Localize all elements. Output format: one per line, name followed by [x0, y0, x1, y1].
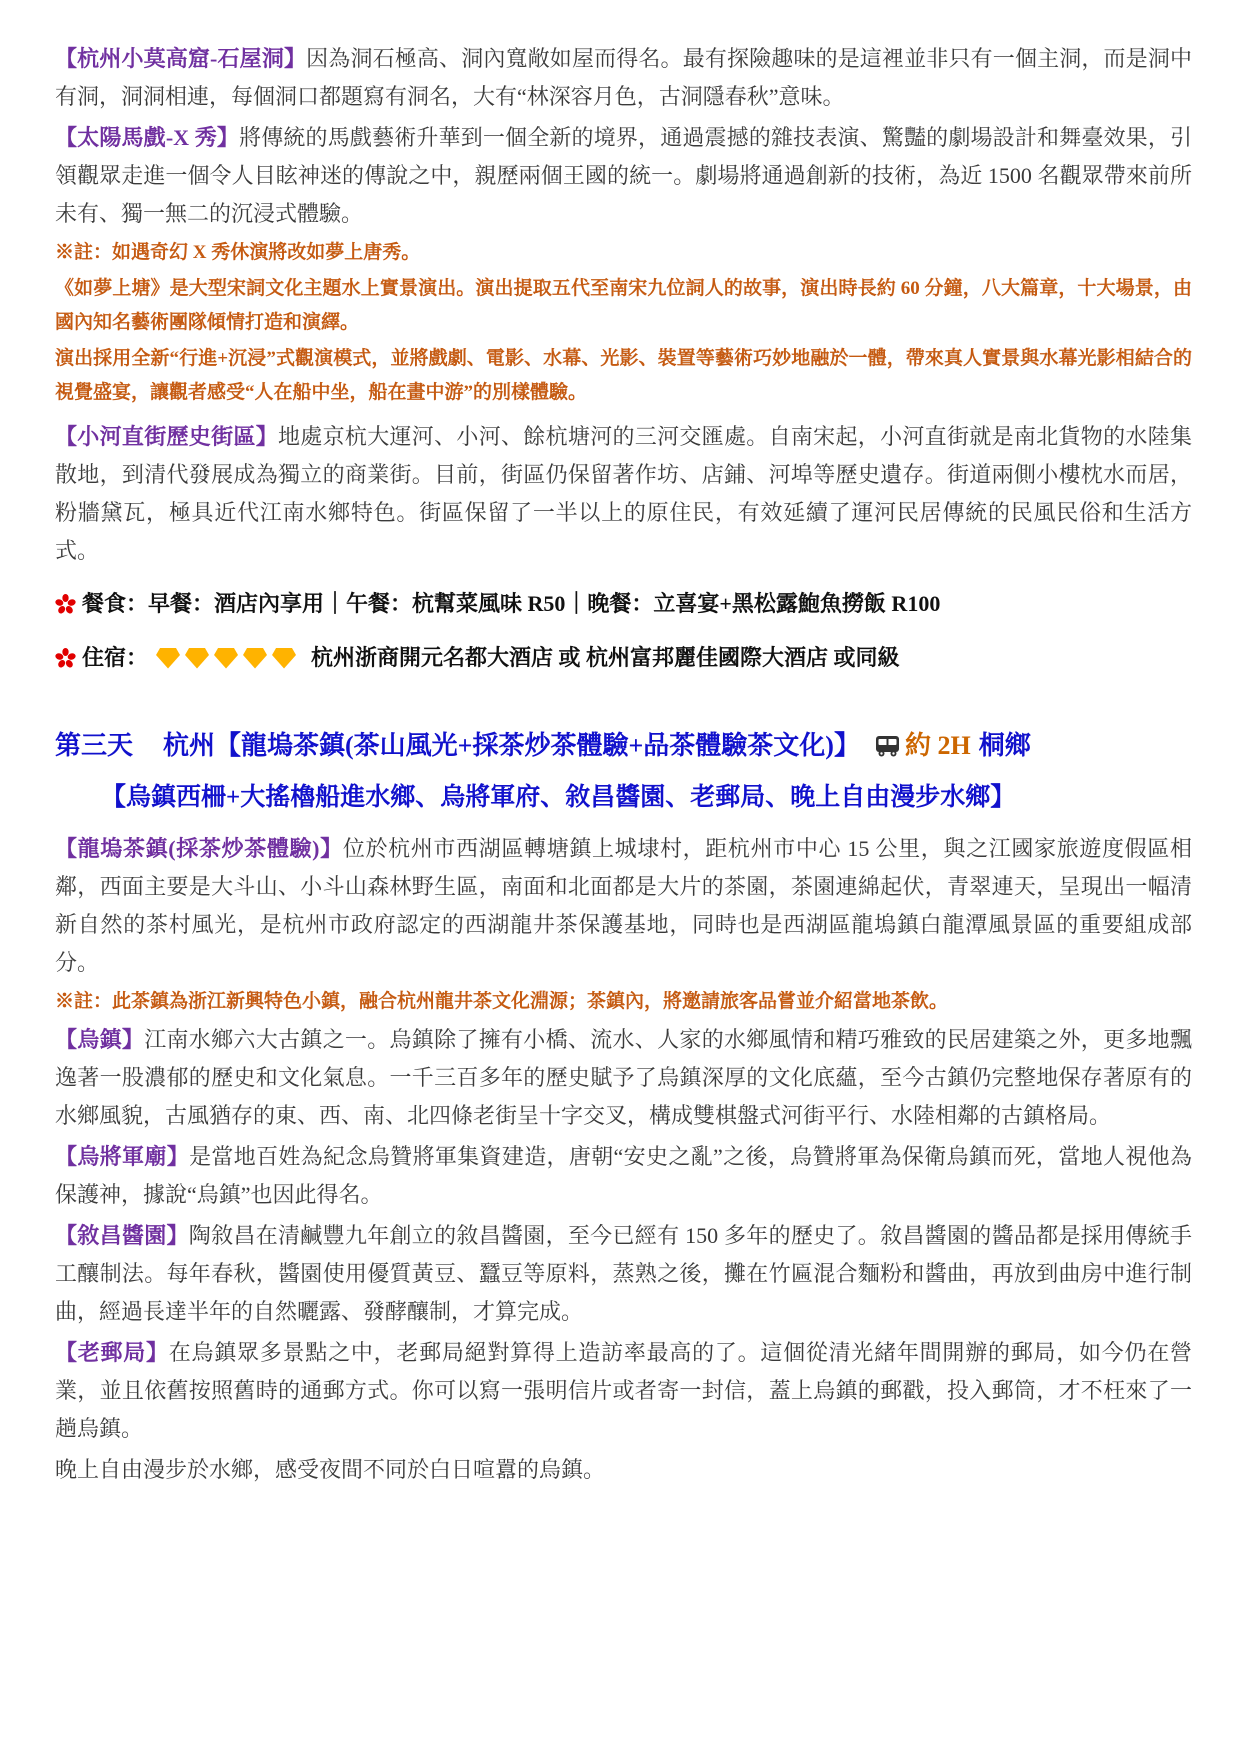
paragraph-xiaohe: 【小河直街歷史街區】地處京杭大運河、小河、餘杭塘河的三河交匯處。自南宋起，小河直… [55, 418, 1192, 570]
diamond-icon [156, 648, 180, 669]
paragraph-wujiangjun: 【烏將軍廟】是當地百姓為紀念烏贊將軍集資建造，唐朝“安史之亂”之後，烏贊將軍為保… [55, 1138, 1192, 1214]
note-rumeng-1: 《如夢上塘》是大型宋詞文化主題水上實景演出。演出提取五代至南宋九位詞人的故事，演… [55, 272, 1192, 340]
day3-heading: 第三天 杭州【龍塢茶鎮(茶山風光+採茶炒茶體驗+品茶體驗茶文化)】 約 2H 桐… [55, 724, 1192, 768]
note-rumeng-2: 演出採用全新“行進+沉浸”式觀演模式，並將戲劇、電影、水幕、光影、裝置等藝術巧妙… [55, 342, 1192, 410]
diamond-icon [214, 648, 238, 669]
attraction-title-wujiangjun: 【烏將軍廟】 [55, 1144, 189, 1169]
attraction-title-longwu: 【龍塢茶鎮(採茶炒茶體驗)】 [55, 836, 343, 861]
attraction-title-wuzhen: 【烏鎮】 [55, 1027, 144, 1052]
paragraph-postoffice: 【老郵局】在烏鎮眾多景點之中，老郵局絕對算得上造訪率最高的了。這個從清光緒年間開… [55, 1334, 1192, 1448]
attraction-title-xshow: 【太陽馬戲-X 秀】 [55, 125, 239, 150]
paragraph-longwu: 【龍塢茶鎮(採茶炒茶體驗)】位於杭州市西湖區轉塘鎮上城埭村，距杭州市中心 15 … [55, 830, 1192, 982]
attraction-title-xiaohe: 【小河直街歷史街區】 [55, 424, 278, 449]
hotel-rating [156, 648, 301, 669]
meals-line: 餐食：早餐：酒店內享用｜午餐：杭幫菜風味 R50｜晚餐：立喜宴+黑松露鮑魚撈飯 … [55, 584, 1192, 624]
attraction-text-wujiangjun: 是當地百姓為紀念烏贊將軍集資建造，唐朝“安史之亂”之後，烏贊將軍為保衛烏鎮而死，… [55, 1144, 1192, 1207]
attraction-title-shiwudong: 【杭州小莫高窟-石屋洞】 [55, 46, 306, 71]
closing-line: 晚上自由漫步於水鄉，感受夜間不同於白日喧囂的烏鎮。 [55, 1451, 1192, 1489]
attraction-text-wuzhen: 江南水鄉六大古鎮之一。烏鎮除了擁有小橋、流水、人家的水鄉風情和精巧雅致的民居建築… [55, 1027, 1192, 1128]
paragraph-wuzhen: 【烏鎮】江南水鄉六大古鎮之一。烏鎮除了擁有小橋、流水、人家的水鄉風情和精巧雅致的… [55, 1021, 1192, 1135]
flower-icon [55, 594, 76, 615]
diamond-icon [272, 648, 296, 669]
attraction-title-postoffice: 【老郵局】 [55, 1340, 169, 1365]
diamond-icon [243, 648, 267, 669]
note-teatown: ※註：此茶鎮為浙江新興特色小鎮，融合杭州龍井茶文化淵源；茶鎮內，將邀請旅客品嘗並… [55, 985, 1192, 1019]
attraction-text-xuchang: 陶敘昌在清鹹豐九年創立的敘昌醬園，至今已經有 150 多年的歷史了。敘昌醬園的醬… [55, 1223, 1192, 1324]
day3-subtitle: 【烏鎮西柵+大搖櫓船進水鄉、烏將軍府、敘昌醬園、老郵局、晚上自由漫步水鄉】 [55, 776, 1192, 820]
paragraph-shiwudong: 【杭州小莫高窟-石屋洞】因為洞石極高、洞內寬敞如屋而得名。最有探險趣味的是這裡並… [55, 40, 1192, 116]
flower-icon [55, 648, 76, 669]
paragraph-xshow: 【太陽馬戲-X 秀】將傳統的馬戲藝術升華到一個全新的境界，通過震撼的雜技表演、驚… [55, 119, 1192, 233]
hotel-label: 住宿： [82, 638, 148, 678]
destination: 桐鄉 [979, 724, 1031, 768]
note-xshow: ※註：如遇奇幻 X 秀休演將改如夢上唐秀。 [55, 236, 1192, 270]
diamond-icon [185, 648, 209, 669]
day-label: 第三天 [55, 724, 133, 768]
day-title: 杭州【龍塢茶鎮(茶山風光+採茶炒茶體驗+品茶體驗茶文化)】 [163, 724, 860, 768]
itinerary-document: 【杭州小莫高窟-石屋洞】因為洞石極高、洞內寬敞如屋而得名。最有探險趣味的是這裡並… [0, 0, 1240, 1755]
bus-icon [874, 735, 901, 757]
attraction-title-xuchang: 【敘昌醬園】 [55, 1223, 189, 1248]
meals-text: 餐食：早餐：酒店內享用｜午餐：杭幫菜風味 R50｜晚餐：立喜宴+黑松露鮑魚撈飯 … [82, 584, 940, 624]
paragraph-xuchang: 【敘昌醬園】陶敘昌在清鹹豐九年創立的敘昌醬園，至今已經有 150 多年的歷史了。… [55, 1217, 1192, 1331]
hotel-line: 住宿： 杭州浙商開元名都大酒店 或 杭州富邦麗佳國際大酒店 或同級 [55, 638, 1192, 678]
transfer-duration: 約 2H [905, 724, 971, 768]
hotel-names: 杭州浙商開元名都大酒店 或 杭州富邦麗佳國際大酒店 或同級 [311, 638, 900, 678]
attraction-text-postoffice: 在烏鎮眾多景點之中，老郵局絕對算得上造訪率最高的了。這個從清光緒年間開辦的郵局，… [55, 1340, 1192, 1441]
